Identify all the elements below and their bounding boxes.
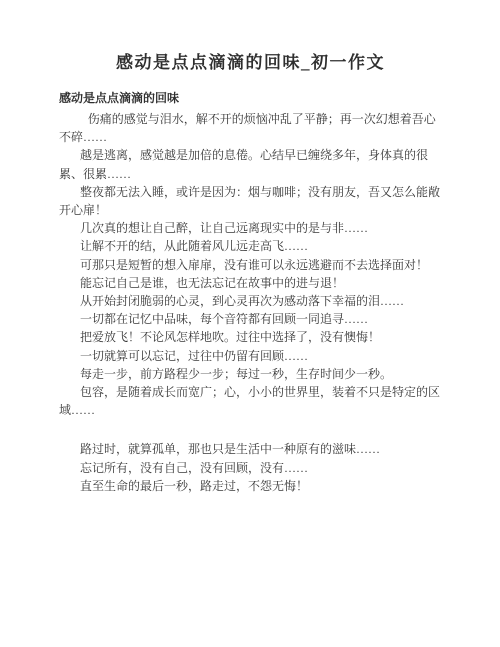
paragraph: 一切就算可以忘记，过往中仍留有回顾…… — [59, 347, 442, 365]
document-closing: 路过时，就算孤单，那也只是生活中一种原有的滋味…… 忘记所有，没有自己，没有回顾… — [59, 440, 442, 495]
document-title: 感动是点点滴滴的回味_初一作文 — [59, 52, 442, 73]
paragraph: 把爱放飞！不论风怎样地吹。过往中选择了，没有懊悔！ — [59, 328, 442, 346]
document-page: 感动是点点滴滴的回味_初一作文 感动是点点滴滴的回味 伤痛的感觉与泪水，解不开的… — [0, 0, 500, 647]
paragraph: 从开始封闭脆弱的心灵，到心灵再次为感动落下幸福的泪…… — [59, 292, 442, 310]
document-heading: 感动是点点滴滴的回味 — [59, 89, 442, 107]
paragraph: 可那只是短暂的想入扉扉，没有谁可以永远逃避而不去选择面对！ — [59, 256, 442, 274]
paragraph: 让解不开的结，从此随着风儿远走高飞…… — [59, 237, 442, 255]
paragraph: 直至生命的最后一秒，路走过，不怨无悔！ — [59, 477, 442, 495]
paragraph: 路过时，就算孤单，那也只是生活中一种原有的滋味…… — [59, 440, 442, 458]
paragraph: 越是逃离，感觉越是加倍的息倦。心结早已缠绕多年，身体真的很累、很累…… — [59, 146, 442, 182]
document-body: 伤痛的感觉与泪水，解不开的烦恼冲乱了平静；再一次幻想着吾心不碎…… 越是逃离，感… — [59, 110, 442, 419]
paragraph: 包容，是随着成长而宽广；心，小小的世界里，装着不只是特定的区域…… — [59, 383, 442, 419]
paragraph: 整夜都无法入睡，或许是因为：烟与咖啡；没有朋友，吾又怎么能敞开心扉！ — [59, 183, 442, 219]
paragraph: 忘记所有，没有自己，没有回顾，没有…… — [59, 459, 442, 477]
paragraph: 伤痛的感觉与泪水，解不开的烦恼冲乱了平静；再一次幻想着吾心不碎…… — [59, 110, 442, 146]
paragraph: 几次真的想让自己醉，让自己远离现实中的是与非…… — [59, 219, 442, 237]
paragraph: 能忘记自己是谁，也无法忘记在故事中的进与退！ — [59, 274, 442, 292]
paragraph: 每走一步，前方路程少一步；每过一秒，生存时间少一秒。 — [59, 365, 442, 383]
paragraph: 一切都在记忆中品味，每个音符都有回顾一同追寻…… — [59, 310, 442, 328]
